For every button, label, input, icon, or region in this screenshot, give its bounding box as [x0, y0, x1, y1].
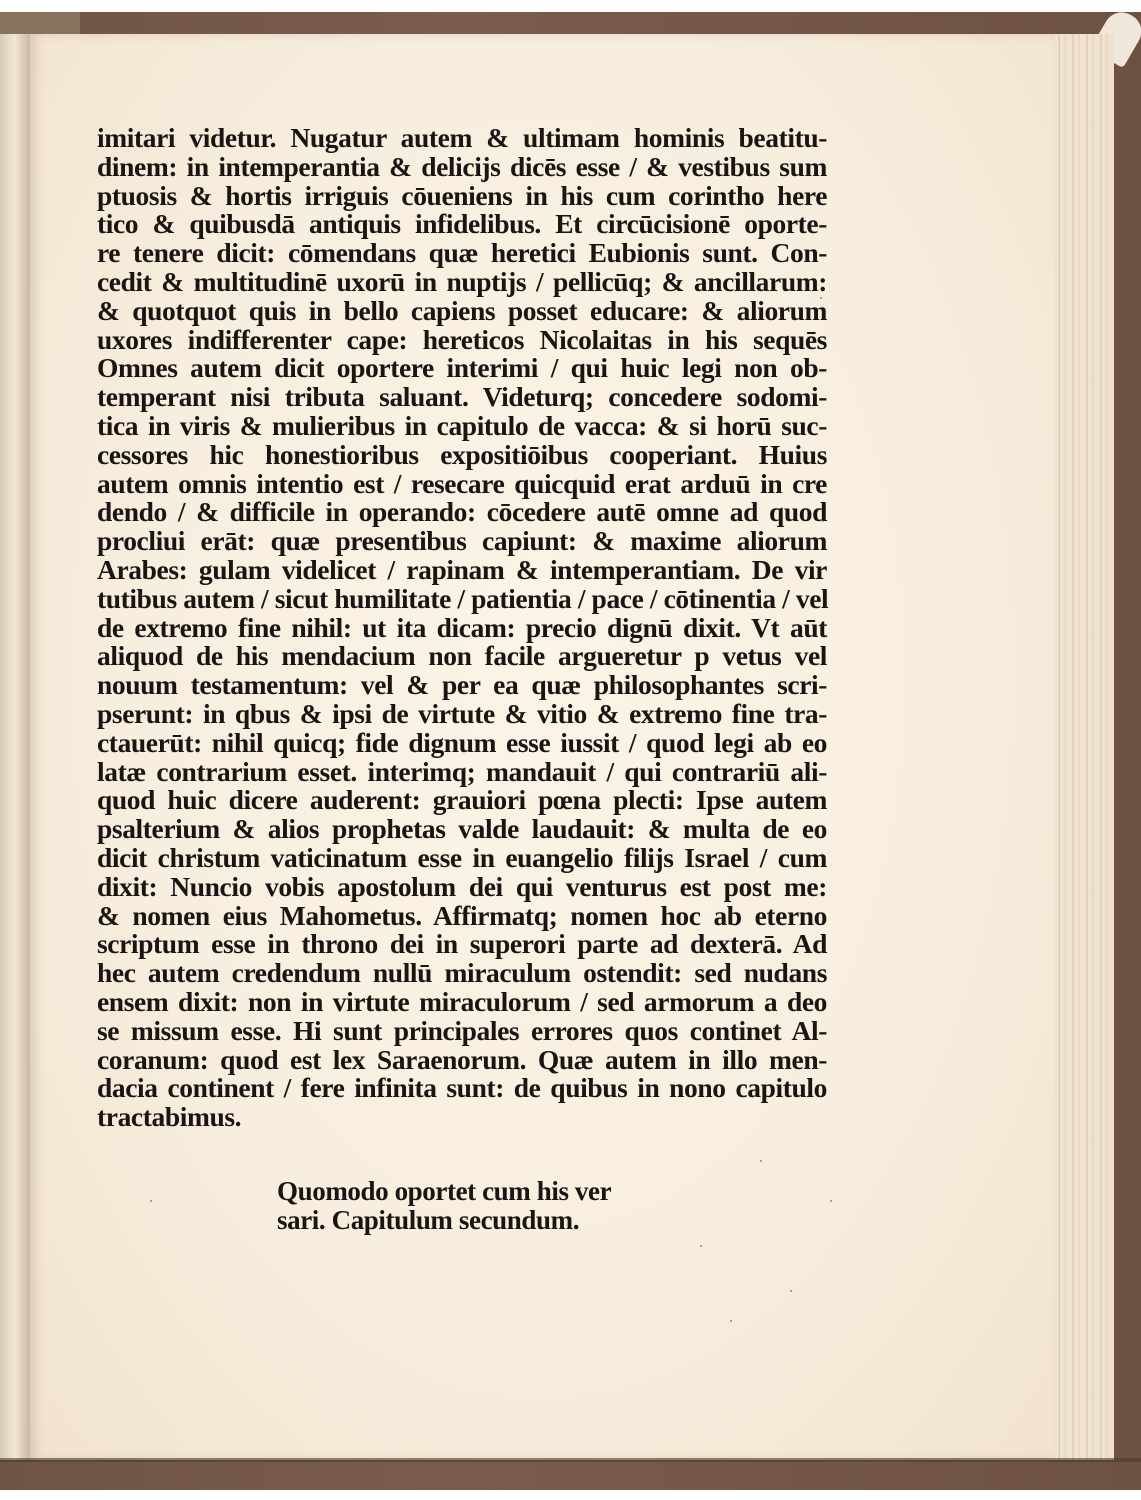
text-line: temperant nisi tributa saluant. Videturq…	[97, 383, 827, 412]
page-gutter	[0, 34, 30, 1460]
text-line: tutibus autem / sicut humilitate / patie…	[97, 585, 827, 614]
ink-speck	[700, 1245, 702, 1247]
text-line: dixit: Nuncio vobis apostolum dei qui ve…	[97, 873, 827, 902]
text-line: tica in viris & mulieribus in capitulo d…	[97, 412, 827, 441]
text-line: se missum esse. Hi sunt principales erro…	[97, 1017, 827, 1046]
text-line: nouum testamentum: vel & per ea quæ phil…	[97, 671, 827, 700]
text-line: hec autem credendum nullū miraculum oste…	[97, 959, 827, 988]
text-line: coranum: quod est lex Saraenorum. Quæ au…	[97, 1046, 827, 1075]
page-bottom-shadow	[0, 1458, 1141, 1462]
text-line: psalterium & alios prophetas valde lauda…	[97, 815, 827, 844]
text-line: dinem: in intemperantia & delicijs dicēs…	[97, 153, 827, 182]
cover-highlight	[0, 12, 80, 34]
ink-speck	[730, 1320, 732, 1322]
text-line: procliui erāt: quæ presentibus capiunt: …	[97, 527, 827, 556]
text-line: latæ contrarium esset. interimq; mandaui…	[97, 758, 827, 787]
text-line: dicit christum vaticinatum esse in euang…	[97, 844, 827, 873]
text-line: cedit & multitudinē uxorū in nuptijs / p…	[97, 268, 827, 297]
ink-speck	[822, 520, 824, 522]
text-line: scriptum esse in throno dei in superori …	[97, 930, 827, 959]
text-line: autem omnis intentio est / resecare quic…	[97, 470, 827, 499]
text-line: pserunt: in qbus & ipsi de virtute & vit…	[97, 700, 827, 729]
text-line: tractabimus.	[97, 1103, 827, 1132]
text-line: Arabes: gulam videlicet / rapinam & inte…	[97, 556, 827, 585]
text-line: & nomen eius Mahometus. Affirmatq; nomen…	[97, 902, 827, 931]
ink-speck	[830, 1200, 832, 1202]
text-line: imitari videtur. Nugatur autem & ultimam…	[97, 124, 827, 153]
text-line: ptuosis & hortis irriguis cōueniens in h…	[97, 182, 827, 211]
text-line: ensem dixit: non in virtute miraculorum …	[97, 988, 827, 1017]
ink-speck	[760, 1160, 762, 1162]
text-line: & quotquot quis in bello capiens posset …	[97, 297, 827, 326]
chapter-heading: Quomodo oportet cum his ver sari. Capitu…	[277, 1177, 657, 1235]
text-line: quod huic dicere auderent: grauiori pœna…	[97, 786, 827, 815]
text-line: cessores hic honestioribus expositiōibus…	[97, 441, 827, 470]
body-text: imitari videtur. Nugatur autem & ultimam…	[97, 124, 827, 1132]
text-line: re tenere dicit: cōmendans quæ heretici …	[97, 239, 827, 268]
text-line: uxores indifferenter cape: hereticos Nic…	[97, 326, 827, 355]
heading-line: Quomodo oportet cum his ver	[277, 1177, 657, 1206]
text-line: aliquod de his mendacium non facile argu…	[97, 642, 827, 671]
heading-line: sari. Capitulum secundum.	[277, 1206, 657, 1235]
ink-speck	[150, 1200, 152, 1202]
text-line: dendo / & difficile in operando: cōceder…	[97, 498, 827, 527]
ink-speck	[790, 1290, 792, 1292]
page-edge-stack	[1050, 34, 1114, 1460]
text-line: Omnes autem dicit oportere interimi / qu…	[97, 354, 827, 383]
ink-speck	[820, 297, 822, 299]
text-line: ctauerūt: nihil quicq; fide dignum esse …	[97, 729, 827, 758]
text-line: tico & quibusdā antiquis infidelibus. Et…	[97, 210, 827, 239]
text-line: de extremo fine nihil: ut ita dicam: pre…	[97, 614, 827, 643]
text-line: dacia continent / fere infinita sunt: de…	[97, 1074, 827, 1103]
